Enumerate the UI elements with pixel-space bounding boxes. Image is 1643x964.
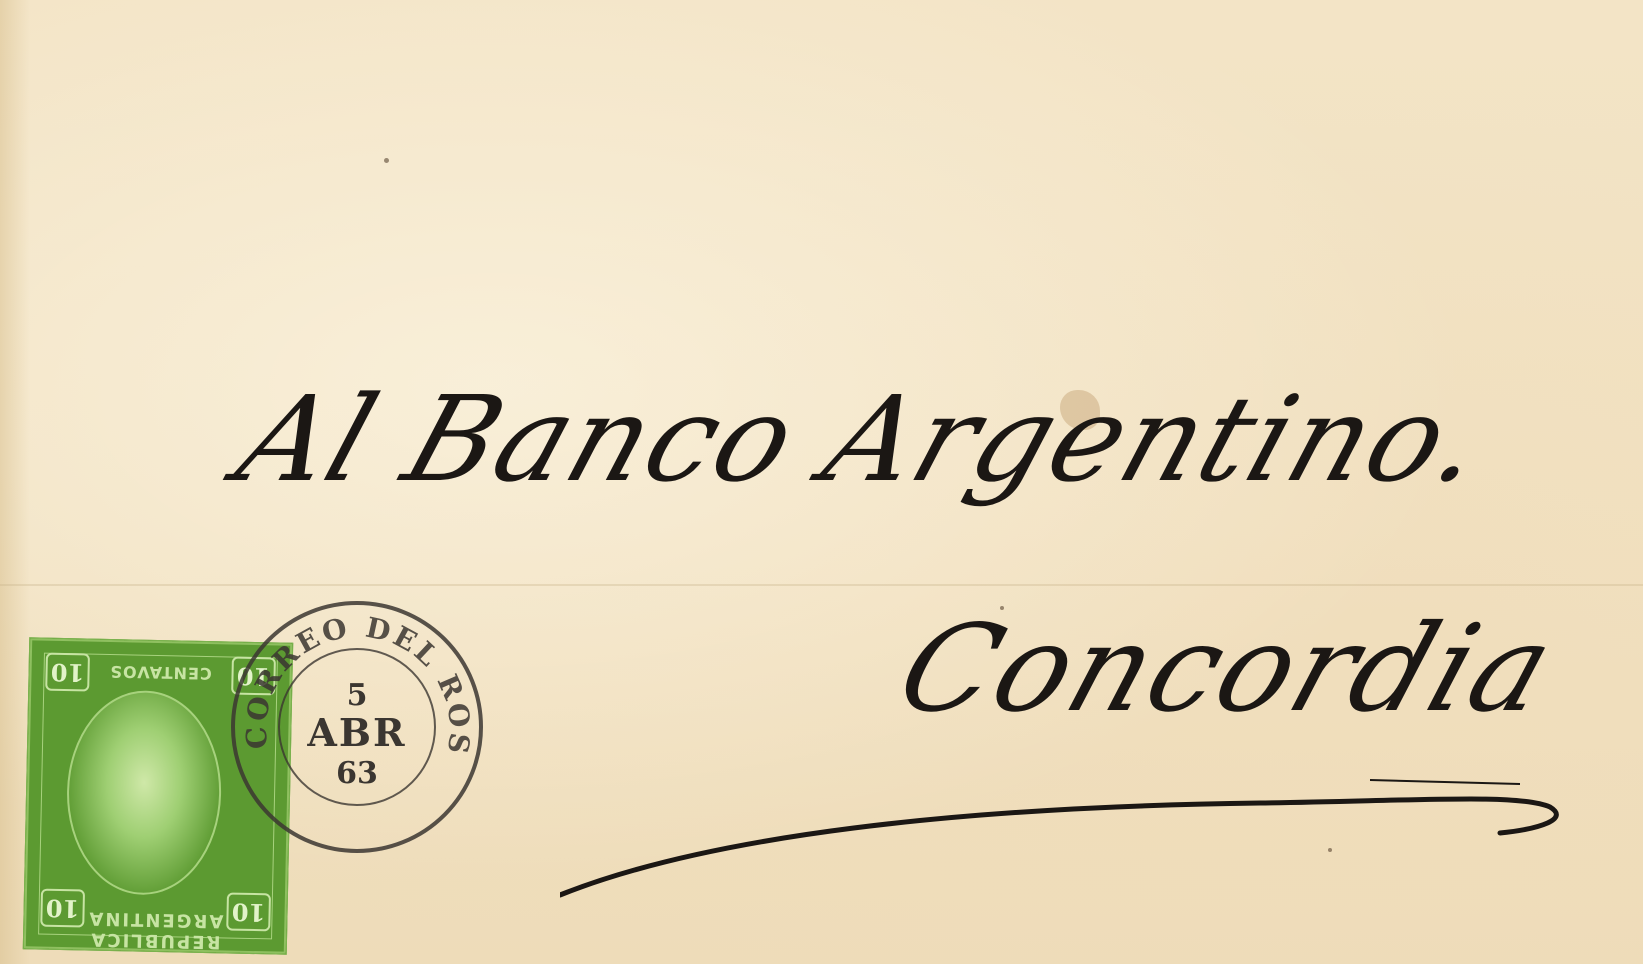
stamp-value-corner: 10 xyxy=(40,889,85,928)
fold-line xyxy=(0,584,1643,586)
address-line-recipient: Al Banco Argentino. xyxy=(223,370,1505,508)
postmark-month: ABR xyxy=(228,710,486,755)
stamp-value-corner: 10 xyxy=(226,892,271,931)
postmark-year: 63 xyxy=(228,756,486,791)
postmark-day: 5 xyxy=(228,678,486,713)
underline-flourish xyxy=(560,795,1580,905)
paper-spot xyxy=(384,158,389,163)
postal-cover: Al Banco Argentino. Concordia REPUBLICA … xyxy=(0,0,1643,964)
address-line-city: Concordia xyxy=(882,600,1570,739)
tail-stroke xyxy=(1370,770,1530,790)
stamp-value-corner: 10 xyxy=(45,653,90,692)
postmark: CORREO DEL ROSARIO 5 ABR 63 xyxy=(228,598,486,856)
